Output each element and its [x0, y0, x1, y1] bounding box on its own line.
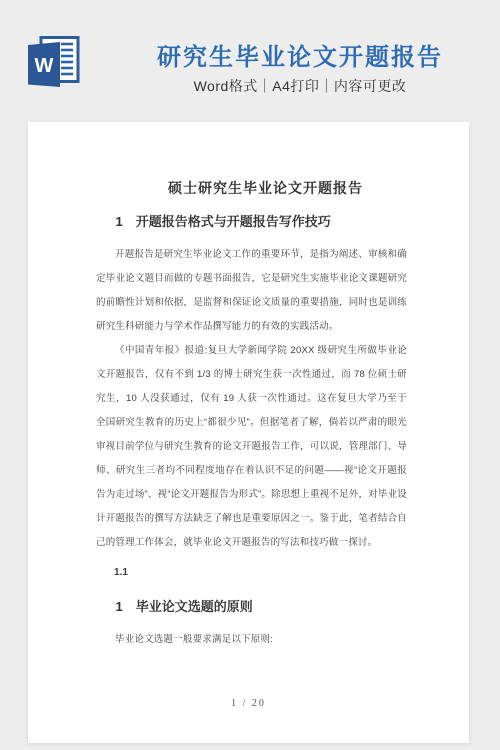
- document-heading-2: 1 毕业论文选题的原则: [96, 598, 407, 616]
- header-text-block: 研究生毕业论文开题报告 Word格式｜A4打印｜内容可更改: [110, 44, 490, 94]
- document-paragraph-2: 《中国青年报》报道:复旦大学新闻学院 20XX 级研究生所做毕业论文开题报告，仅…: [96, 339, 407, 555]
- page-number-indicator: 1 / 20: [28, 698, 469, 709]
- document-title: 硕士研究生毕业论文开题报告: [96, 178, 407, 198]
- document-preview-page: 硕士研究生毕业论文开题报告 1 开题报告格式与开题报告写作技巧 开题报告是研究生…: [28, 122, 469, 743]
- document-section-number: 1.1: [96, 561, 407, 585]
- page-title: 研究生毕业论文开题报告: [110, 44, 490, 72]
- template-preview-screen: W 研究生毕业论文开题报告 Word格式｜A4打印｜内容可更改 硕士研究生毕业论…: [0, 0, 500, 750]
- page-subtitle: Word格式｜A4打印｜内容可更改: [110, 78, 490, 94]
- word-icon-letter: W: [35, 55, 54, 77]
- document-paragraph-1: 开题报告是研究生毕业论文工作的重要环节，是指为阐述、审核和确定毕业论文题目而做的…: [96, 243, 407, 339]
- word-icon-graphic: W: [27, 36, 80, 90]
- document-heading-1: 1 开题报告格式与开题报告写作技巧: [96, 213, 407, 231]
- word-icon: W: [27, 36, 80, 90]
- document-paragraph-3: 毕业论文选题一般要求满足以下原则:: [96, 628, 407, 652]
